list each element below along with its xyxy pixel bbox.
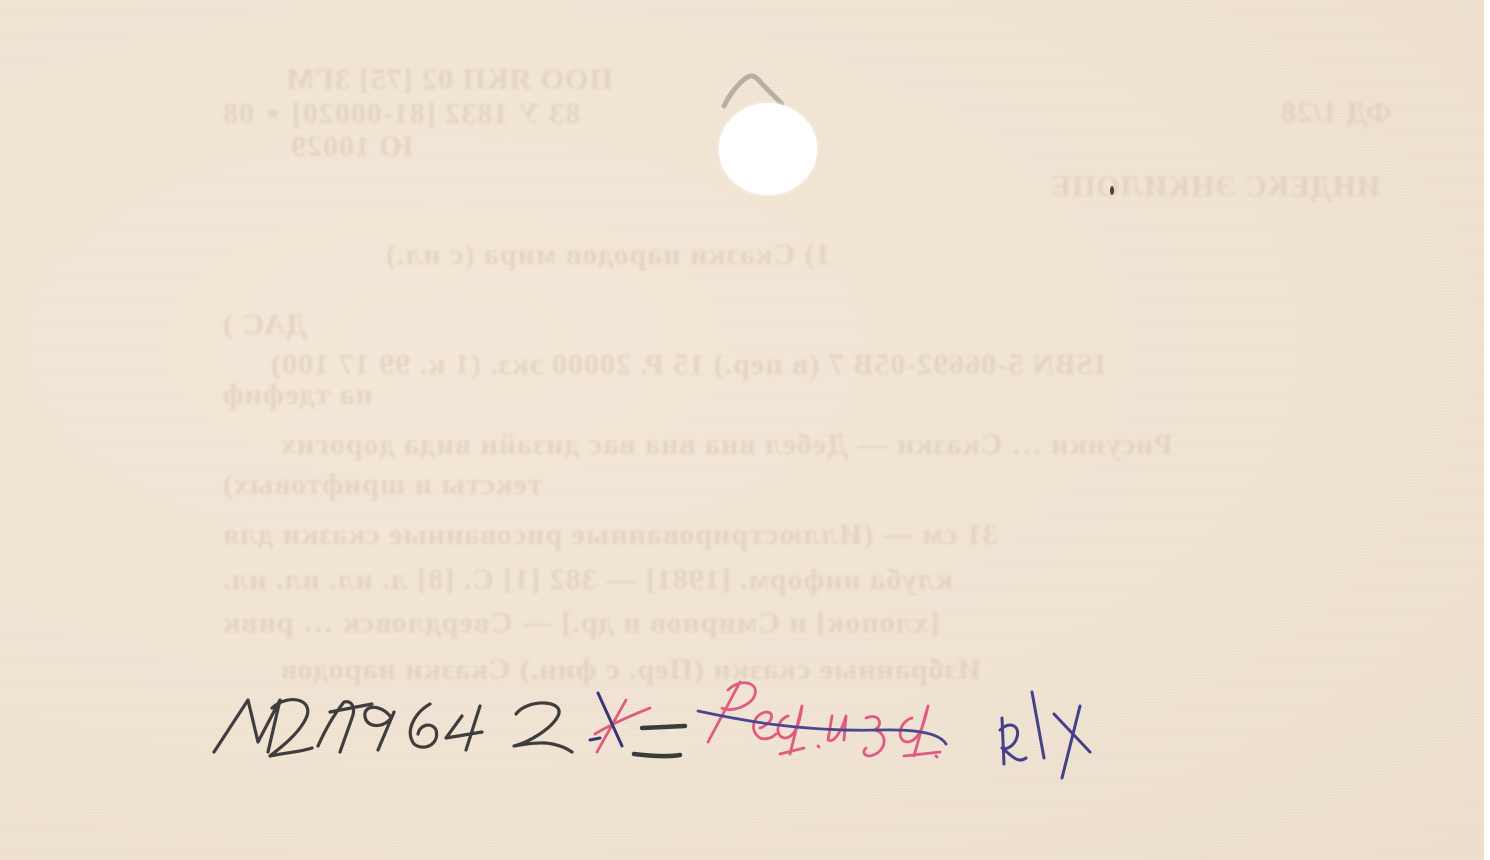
handwritten-call-number [214, 700, 572, 756]
blue-pencil-shelf-mark [1000, 692, 1090, 778]
blue-strikethrough-line [698, 711, 946, 744]
catalog-card: ПОО ЯКП 02 [75] 3ГМ83 У 1832 [81-00020] … [0, 0, 1484, 860]
handwritten-annotations [0, 0, 1484, 860]
pencil-equals-mark [634, 726, 685, 756]
